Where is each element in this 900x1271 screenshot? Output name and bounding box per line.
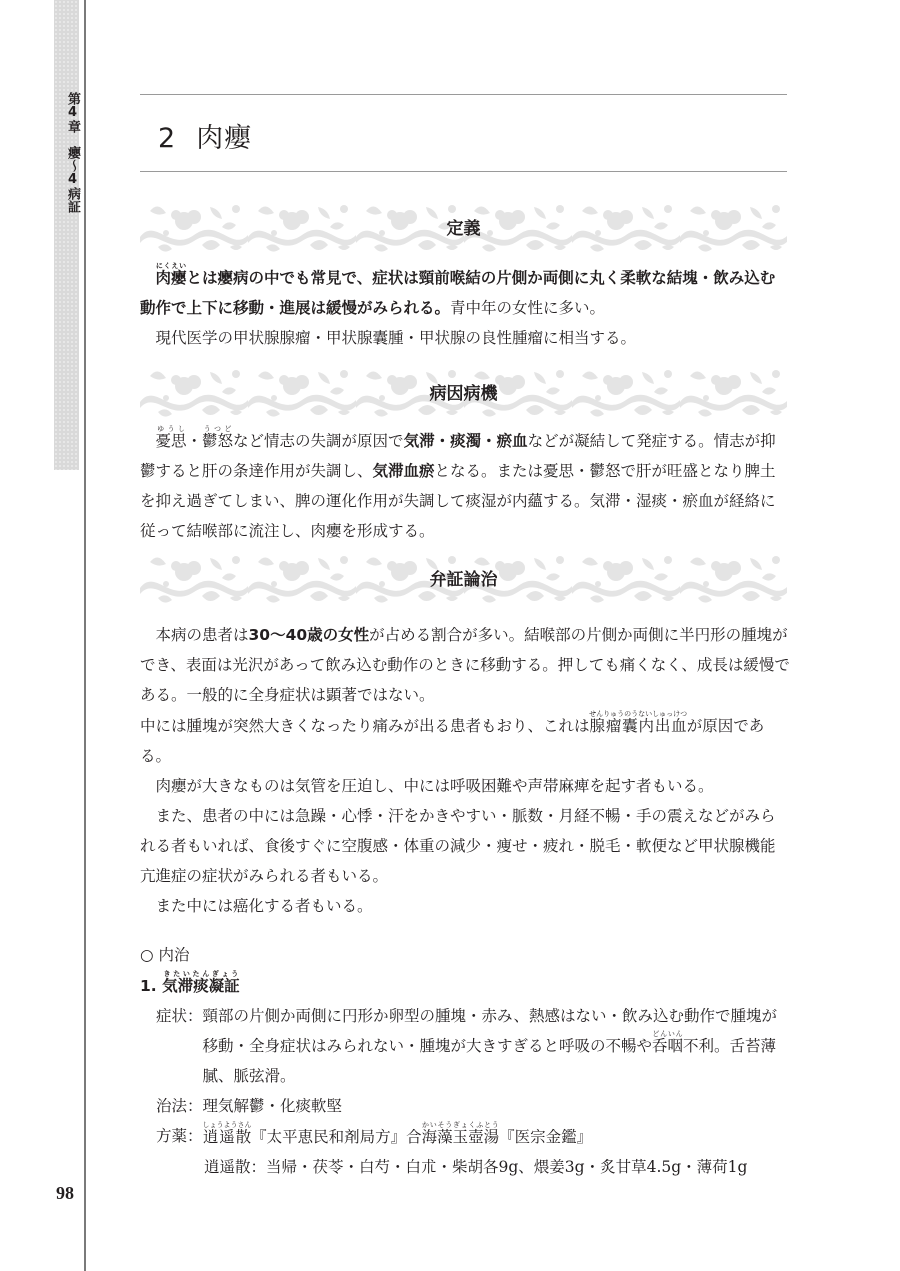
section-title: 肉癭 <box>196 123 252 154</box>
treatment-label: 治法： <box>156 1091 203 1121</box>
title-bottom-rule <box>140 171 787 172</box>
section-header-etiology: 病因病機 <box>140 362 787 420</box>
internal-treatment: ○ 内治 1. 気滞痰凝証きたいたんぎょう 症状： 頸部の片側か両側に円形か卵型… <box>140 940 790 1182</box>
section-header-definition: 定義 <box>140 197 787 255</box>
etiology-text: 憂思ゆうし・鬱怒うつどなど情志の失調が原因で気滞・痰濁・瘀血などが凝結して発症す… <box>140 425 790 546</box>
section-header-diagnosis: 弁証論治 <box>140 548 787 606</box>
page-number: 98 <box>40 1183 74 1204</box>
chapter-label: 第4章 癭〜4病証 <box>54 92 79 213</box>
definition-text: 肉癭にくえいとは癭病の中でも常見で、症状は頸前喉結の片側か両側に丸く柔軟な結塊・… <box>140 262 790 353</box>
section-heading: 弁証論治 <box>140 565 787 590</box>
internal-heading: ○ 内治 <box>140 940 790 970</box>
section-number: 2 <box>158 123 176 154</box>
symptoms-label: 症状： <box>156 1001 203 1091</box>
page-title: 2肉癭 <box>158 116 252 155</box>
diagnosis-paragraph-4: また、患者の中には急躁・心悸・汗をかきやすい・脈数・月経不暢・手の震えなどがみら… <box>140 801 790 891</box>
section-heading: 病因病機 <box>140 379 787 404</box>
margin-divider <box>84 0 86 1271</box>
treatment-value: 理気解鬱・化痰軟堅 <box>203 1091 790 1121</box>
definition-paragraph: 肉癭にくえいとは癭病の中でも常見で、症状は頸前喉結の片側か両側に丸く柔軟な結塊・… <box>140 262 790 323</box>
treatment-row: 治法： 理気解鬱・化痰軟堅 <box>140 1091 790 1121</box>
pattern-heading: 1. 気滞痰凝証きたいたんぎょう <box>140 970 790 1001</box>
title-top-rule <box>140 94 787 95</box>
formula-value: 逍遥散しょうようさん『太平恵民和剤局方』合海藻玉壺湯かいそうぎょくふとう『医宗金… <box>203 1121 790 1152</box>
diagnosis-paragraph-2: 中には腫塊が突然大きくなったり痛みが出る患者もおり、これは腺瘤囊内出血せんりゅう… <box>140 710 790 771</box>
recipe-value: 当帰・茯苓・白芍・白朮・柴胡各9g、煨姜3g・炙甘草4.5g・薄荷1g <box>266 1152 790 1182</box>
etiology-paragraph: 憂思ゆうし・鬱怒うつどなど情志の失調が原因で気滞・痰濁・瘀血などが凝結して発症す… <box>140 425 790 546</box>
diagnosis-paragraph-1: 本病の患者は30〜40歳の女性が占める割合が多い。結喉部の片側か両側に半円形の腫… <box>140 620 790 710</box>
definition-paragraph-2: 現代医学の甲状腺腺瘤・甲状腺囊腫・甲状腺の良性腫瘤に相当する。 <box>140 323 790 353</box>
symptoms-value: 頸部の片側か両側に円形か卵型の腫塊・赤み、熱感はない・飲み込む動作で腫塊が移動・… <box>203 1001 790 1091</box>
diagnosis-text: 本病の患者は30〜40歳の女性が占める割合が多い。結喉部の片側か両側に半円形の腫… <box>140 620 790 921</box>
recipe-label: 逍遥散： <box>204 1152 266 1182</box>
recipe-row: 逍遥散： 当帰・茯苓・白芍・白朮・柴胡各9g、煨姜3g・炙甘草4.5g・薄荷1g <box>140 1152 790 1182</box>
diagnosis-paragraph-5: また中には癌化する者もいる。 <box>140 891 790 921</box>
chapter-side-tab: 第4章 癭〜4病証 <box>54 0 79 470</box>
diagnosis-paragraph-3: 肉癭が大きなものは気管を圧迫し、中には呼吸困難や声帯麻痺を起す者もいる。 <box>140 771 790 801</box>
section-heading: 定義 <box>140 214 787 239</box>
formula-label: 方薬： <box>156 1121 203 1152</box>
symptoms-row: 症状： 頸部の片側か両側に円形か卵型の腫塊・赤み、熱感はない・飲み込む動作で腫塊… <box>140 1001 790 1091</box>
formula-row: 方薬： 逍遥散しょうようさん『太平恵民和剤局方』合海藻玉壺湯かいそうぎょくふとう… <box>140 1121 790 1152</box>
